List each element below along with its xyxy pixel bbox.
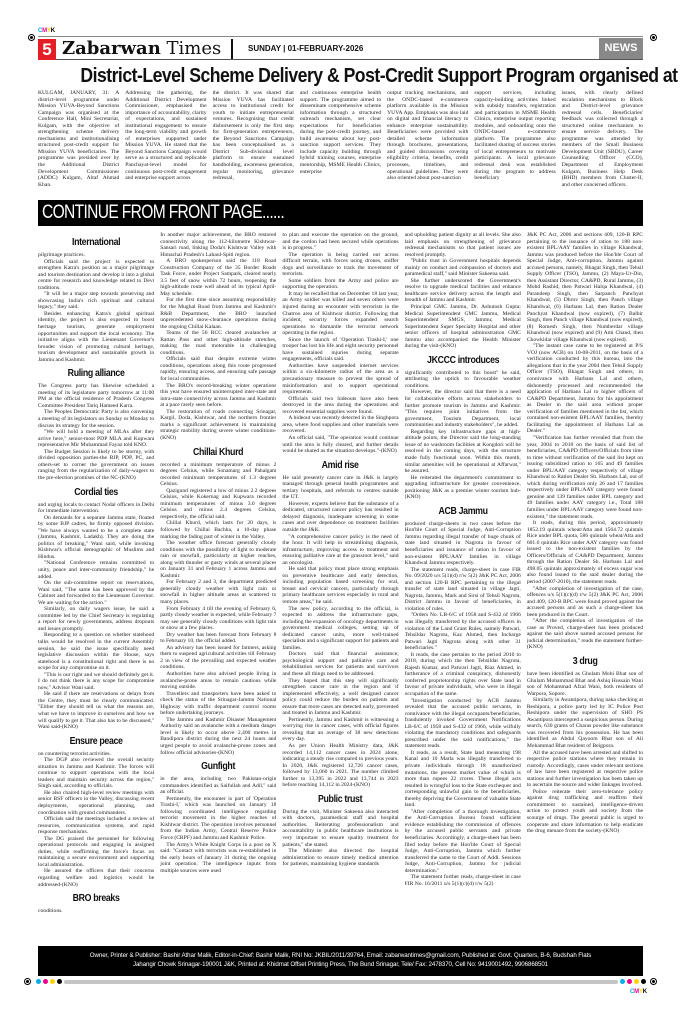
article-paragraph: From February 4 till the evening of Febr…	[160, 606, 276, 632]
registration-mark-bottom-right	[650, 978, 657, 985]
article-paragraph: produced charge-sheets in two cases befo…	[405, 521, 521, 567]
article-paragraph: Pertinently, the encounter is part of 'O…	[160, 796, 276, 842]
registration-mark-top-right	[650, 34, 657, 41]
article-paragraph: The statement further reads, charge-shee…	[405, 874, 521, 887]
article-paragraph: Some soldiers from the Army and police a…	[282, 278, 398, 291]
magenta-dot	[43, 979, 48, 984]
continued-column: J&K PC Act, 2006 and sections 409, 120-B…	[527, 232, 643, 936]
lead-column: KULGAM, JANUARY, 31: A district-level pr…	[38, 90, 119, 190]
cmyk-label-top: CMYK	[38, 28, 55, 34]
cmyk-label-bottom: CMYK	[630, 989, 647, 995]
article-paragraph: Dry weather has been forecast from Febru…	[160, 632, 276, 645]
article-paragraph: However, experts believe that the substa…	[282, 501, 398, 534]
article-paragraph: During the visit, Minister Sakeena also …	[282, 809, 398, 848]
section-heading: International	[45, 236, 147, 249]
article-paragraph: In another major achievement, the BRO re…	[160, 232, 276, 258]
article-paragraph: The new policy, according to the officia…	[282, 606, 398, 652]
continue-from-front-page-banner: CONTINUE FROM FRONT PAGE......	[38, 200, 643, 226]
article-paragraph: The operation is being carried out acros…	[282, 252, 398, 278]
article-paragraph: have been identified as Ghulam Mohi Bhat…	[527, 671, 643, 697]
gray-bar	[64, 980, 618, 984]
article-paragraph: The statement reads, charge-sheet in cas…	[405, 567, 521, 613]
continued-stories-columns: Internationalpilgrimage practices.Offici…	[38, 232, 643, 936]
article-paragraph: The Minister also directed the hospital …	[282, 848, 398, 868]
lead-column: issues, with clearly defined escalation …	[562, 90, 643, 190]
registration-mark-bottom-left	[24, 978, 31, 985]
article-paragraph: "National Conference remains committed t…	[38, 560, 154, 580]
newspaper-brand: Zabarwan Times	[62, 38, 221, 60]
article-paragraph: and upholding patient dignity at all lev…	[405, 232, 521, 258]
article-paragraph: Qazigund registered a low of minus 2.2 d…	[160, 488, 276, 521]
article-paragraph: Since the launch of 'Operation Trashi-I,…	[282, 337, 398, 363]
article-paragraph: As per Union Health Ministry data, J&K r…	[282, 743, 398, 789]
article-paragraph: The Congress party has likewise schedule…	[38, 383, 154, 409]
lead-column: output tracking mechanisms, and the ONDC…	[387, 90, 468, 190]
article-paragraph: Officials said the project is expected t…	[38, 259, 154, 292]
section-heading: Cordial ties	[45, 486, 147, 499]
article-paragraph: The Budget Session is likely to be storm…	[38, 449, 154, 482]
article-paragraph: The Jammu and Kashmir Disaster Managemen…	[160, 717, 276, 756]
article-paragraph: The Army's White Knight Corps in a post …	[160, 842, 276, 875]
section-heading: Ensure peace	[45, 735, 147, 748]
yellow-dot	[50, 979, 55, 984]
article-paragraph: conditions.	[38, 908, 154, 915]
dateline: SUNDAY | 01-FEBRUARY-2026	[248, 44, 363, 53]
article-paragraph: On demands for a separate Jammu state, f…	[38, 515, 154, 561]
newspaper-page: CMYK 5 Zabarwan Times SUNDAY | 01-FEBRUA…	[0, 0, 680, 1016]
article-paragraph: "After completion of a thorough investig…	[405, 809, 521, 874]
cyan-dot	[620, 979, 625, 984]
section-heading: ACB Jammu	[412, 505, 514, 518]
article-paragraph: The Peoples Democratic Party is also con…	[38, 409, 154, 429]
section-tag-news: NEWS	[599, 38, 643, 59]
article-paragraph: Authorities have suspended internet serv…	[282, 363, 398, 396]
article-paragraph: "After completion of investigation of th…	[527, 586, 643, 619]
cyan-dot	[36, 979, 41, 984]
article-paragraph: Teams of the 56 RCC cleared avalanches a…	[160, 330, 276, 356]
article-paragraph: J&K PC Act, 2006 and sections 409, 120-B…	[527, 232, 643, 343]
article-paragraph: The weather office forecast generally cl…	[160, 540, 276, 579]
article-paragraph: "Investigation conducted by ACB Jammu re…	[405, 698, 521, 750]
yellow-dot	[634, 979, 639, 984]
article-paragraph: Officials said the meetings included a r…	[38, 816, 154, 836]
brand-divider	[231, 39, 233, 59]
article-paragraph: However, the director said that there is…	[405, 389, 521, 428]
lead-column: Addressing the gathering, the Additional…	[125, 90, 206, 190]
lead-story-columns: KULGAM, JANUARY, 31: A district-level pr…	[38, 90, 643, 190]
lead-column: the district. It was shared that Mission…	[213, 90, 294, 190]
lead-column: support services, including capacity-bui…	[474, 90, 555, 190]
article-paragraph: A BRO spokesperson said the 118 Road Con…	[160, 258, 276, 297]
article-paragraph: Regarding key infrastructure gaps at hig…	[405, 429, 521, 475]
article-paragraph: He said presently cancer care in J&K is …	[282, 475, 398, 501]
article-paragraph: Police reiterate their zero-tolerance po…	[527, 789, 643, 835]
article-paragraph: "A comprehensive cancer policy is the ne…	[282, 534, 398, 567]
color-registration-bar	[36, 979, 646, 984]
section-heading: JKCCC introduces	[412, 354, 514, 367]
continued-column: Internationalpilgrimage practices.Offici…	[38, 232, 154, 936]
article-paragraph: "This is our right and we should definit…	[38, 672, 154, 692]
article-paragraph: "The instant case came to be registered …	[527, 343, 643, 435]
article-paragraph: It reads, during this period, approximat…	[527, 520, 643, 585]
article-paragraph: He said that policy must place strong em…	[282, 566, 398, 605]
article-paragraph: He reiterated the department's commitmen…	[405, 475, 521, 501]
article-paragraph: A hideout was recently detected in the S…	[282, 415, 398, 435]
article-paragraph: "Public trust in Government hospitals de…	[405, 258, 521, 278]
article-paragraph: significantly contributed to this boost"…	[405, 370, 521, 390]
masthead: 5 Zabarwan Times SUNDAY | 01-FEBRUARY-20…	[38, 36, 643, 60]
section-heading: Public trust	[289, 793, 391, 806]
article-paragraph: An advisory has been issued for farmers,…	[160, 645, 276, 671]
article-paragraph: Besides enhancing Katra's global spiritu…	[38, 311, 154, 363]
article-paragraph: Responding to a question on whether stat…	[38, 632, 154, 671]
article-paragraph: It may be recalled that on December 18 l…	[282, 291, 398, 337]
imprint-line: Owner, Printer & Publisher: Bashir Athar…	[38, 951, 643, 960]
article-paragraph: All the accused have been arrested and s…	[527, 750, 643, 789]
section-heading: BRO breaks	[45, 892, 147, 905]
article-paragraph: Doctors said that financial assistance, …	[282, 651, 398, 677]
article-paragraph: It reads, as a result, State land measur…	[405, 750, 521, 809]
article-paragraph: "Orders No. LB-6/C of 1958 and S-432 of …	[405, 612, 521, 651]
article-paragraph: Officials said that despite extreme wint…	[160, 356, 276, 382]
article-paragraph: "It will be a major step towards preserv…	[38, 291, 154, 311]
article-paragraph: Similarly, on daily wagers issue, he sai…	[38, 606, 154, 632]
continued-column: In another major achievement, the BRO re…	[160, 232, 276, 936]
article-paragraph: It reads, the case pertains to the perio…	[405, 652, 521, 698]
article-paragraph: For February 2 and 3, the department pre…	[160, 579, 276, 605]
article-paragraph: An official said, "The operation would c…	[282, 435, 398, 455]
article-paragraph: He said if there are reservations or del…	[38, 691, 154, 730]
article-paragraph: Similarly in Awantipora, during naka che…	[527, 697, 643, 749]
publisher-imprint: Owner, Printer & Publisher: Bashir Athar…	[38, 946, 643, 976]
article-paragraph: For the first time since assuming respon…	[160, 297, 276, 330]
article-paragraph: She further underscored the Government's…	[405, 278, 521, 304]
article-paragraph: in the area, including two Pakistan-orig…	[160, 776, 276, 796]
article-paragraph: and urging locals to contact Nodal offic…	[38, 502, 154, 515]
article-paragraph: The DG praised the personnel for followi…	[38, 836, 154, 869]
continued-column: and upholding patient dignity at all lev…	[405, 232, 521, 936]
article-paragraph: The DGP also reviewed the overall securi…	[38, 757, 154, 790]
article-paragraph: Officials said two hideouts have also be…	[282, 396, 398, 416]
lead-column: and continuous enterprise health support…	[300, 90, 381, 190]
black-dot	[57, 979, 62, 984]
section-heading: 3 drug	[534, 655, 636, 668]
article-paragraph: The BRO's record-breaking winter operati…	[160, 383, 276, 409]
article-paragraph: Pertinently, Jammu and Kashmir is witnes…	[282, 717, 398, 743]
imprint-line: Jahangir Chowk Srinagar-190001 J&K, Prin…	[38, 960, 643, 969]
article-paragraph: "After the completion of investigation o…	[527, 618, 643, 651]
section-heading: Gunfight	[167, 760, 269, 773]
article-paragraph: to plan and execute the operation on the…	[282, 232, 398, 252]
article-paragraph: Authorities have also advised people liv…	[160, 671, 276, 691]
section-heading: Amid rise	[289, 459, 391, 472]
article-paragraph: recorded a minimum temperature of minus …	[160, 462, 276, 488]
article-paragraph: They hoped that this step will significa…	[282, 678, 398, 717]
article-paragraph: "We will hold a meeting of MLAs after th…	[38, 429, 154, 449]
continued-column: to plan and execute the operation on the…	[282, 232, 398, 936]
page-number: 5	[38, 39, 56, 60]
article-paragraph: The restoration of roads connecting Srin…	[160, 409, 276, 442]
article-paragraph: Chillai Khurd, which lasts for 20 days, …	[160, 520, 276, 540]
section-heading: Ruling alliance	[45, 367, 147, 380]
article-paragraph: Travellers and transporters have been as…	[160, 691, 276, 717]
article-paragraph: He assured the officers that their conce…	[38, 868, 154, 888]
article-paragraph: Principal GMC Jammu, Dr. Ashutosh Gupta;…	[405, 304, 521, 350]
section-heading: Chillai Khurd	[167, 446, 269, 459]
article-paragraph: He also chaired high-level review meetin…	[38, 790, 154, 816]
lead-headline: District-Level Scheme Delivery & Post-Cr…	[80, 64, 600, 88]
article-paragraph: On the sub-committee report on reservati…	[38, 580, 154, 606]
registration-mark-top-left	[28, 34, 35, 41]
magenta-dot	[627, 979, 632, 984]
black-dot	[641, 979, 646, 984]
article-paragraph: "Verification has further revealed that …	[527, 435, 643, 520]
